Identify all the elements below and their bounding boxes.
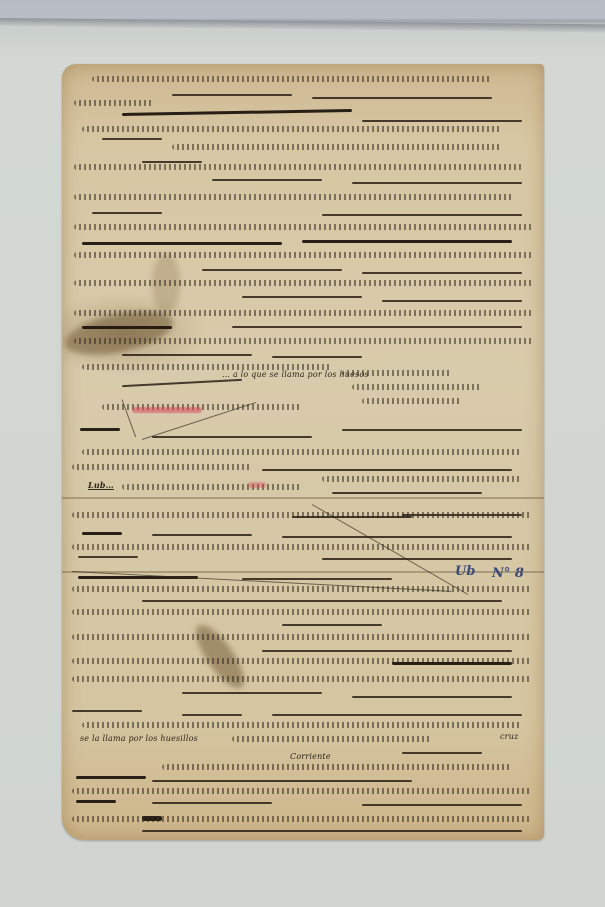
handwritten-line [72, 544, 532, 550]
strikethrough [232, 326, 522, 328]
handwritten-line [74, 310, 534, 316]
handwritten-line [322, 476, 522, 482]
strikethrough [82, 242, 282, 245]
strikethrough [202, 269, 342, 271]
strikethrough [142, 600, 502, 602]
strikethrough [272, 356, 362, 358]
strikethrough [78, 556, 138, 558]
marginal-note [342, 370, 452, 376]
strikethrough [152, 802, 272, 804]
strikethrough [282, 536, 512, 538]
strikethrough [402, 752, 482, 754]
brown-stain-center [188, 618, 252, 694]
strikethrough [82, 326, 172, 329]
handwritten-line [72, 609, 532, 615]
handwritten-line [72, 788, 532, 794]
strikethrough [80, 428, 120, 431]
strikethrough [122, 379, 242, 387]
strikethrough [212, 179, 322, 181]
handwritten-line [74, 100, 154, 106]
strikethrough [322, 558, 512, 560]
background-table-edge [0, 18, 605, 32]
strikethrough [362, 804, 522, 806]
strikethrough [312, 97, 492, 99]
strikethrough [72, 710, 142, 712]
handwritten-line [82, 449, 522, 455]
strikethrough [352, 182, 522, 184]
manuscript-fragment: se la llama por los huesillos [80, 734, 198, 743]
handwritten-line [72, 464, 252, 470]
strikethrough [76, 776, 146, 779]
margin-annotation: Lub… [88, 480, 114, 490]
strikethrough [122, 109, 352, 116]
handwritten-line [232, 736, 432, 742]
handwritten-line [162, 764, 512, 770]
strikethrough [292, 516, 412, 518]
red-correction-mark [248, 482, 266, 488]
strikethrough [76, 800, 116, 803]
strikethrough [122, 354, 252, 356]
marginal-note [362, 398, 462, 404]
strikethrough [282, 624, 382, 626]
strikethrough [332, 492, 482, 494]
strikethrough [182, 714, 242, 716]
strikethrough [322, 214, 522, 216]
handwritten-line [74, 164, 524, 170]
handwritten-line [172, 144, 502, 150]
manuscript-fragment: cruz [500, 732, 518, 741]
handwritten-line [122, 484, 302, 490]
strikethrough [152, 780, 412, 782]
manuscript-fragment: Corriente [290, 752, 331, 761]
handwritten-line [72, 676, 532, 682]
strikethrough [102, 138, 162, 140]
manuscript-page: … a lo que se llama por los huesos Lub… … [62, 64, 544, 840]
strikethrough [142, 830, 522, 832]
handwritten-line [82, 126, 502, 132]
folio-number: N° 8 [492, 566, 524, 581]
strikethrough [362, 120, 522, 122]
strikethrough [82, 532, 122, 535]
handwritten-line [74, 280, 534, 286]
strikethrough [262, 650, 512, 652]
handwritten-line [72, 816, 532, 822]
handwritten-line [74, 338, 534, 344]
strikethrough [242, 296, 362, 298]
marginal-note [352, 384, 482, 390]
handwritten-line [74, 252, 534, 258]
strikethrough [362, 272, 522, 274]
fold-line-upper [62, 497, 544, 499]
strikethrough [182, 692, 322, 694]
handwritten-line [92, 76, 492, 82]
strikethrough [352, 696, 512, 698]
strikethrough [302, 240, 512, 243]
handwritten-line [74, 224, 534, 230]
folio-initials: Ub [455, 564, 475, 579]
strikethrough [262, 469, 512, 471]
red-correction-mark [132, 407, 202, 413]
handwritten-line [72, 586, 532, 592]
strikethrough [242, 578, 392, 580]
strikethrough [382, 300, 522, 302]
strikethrough [152, 534, 252, 536]
strikethrough [392, 662, 512, 665]
strikethrough [142, 161, 202, 163]
handwritten-line [74, 194, 514, 200]
handwritten-line [82, 722, 522, 728]
strikethrough [272, 714, 522, 716]
strikethrough [172, 94, 292, 96]
strikethrough [92, 212, 162, 214]
strikethrough [152, 436, 312, 438]
strikethrough [342, 429, 522, 431]
handwritten-line [72, 634, 532, 640]
